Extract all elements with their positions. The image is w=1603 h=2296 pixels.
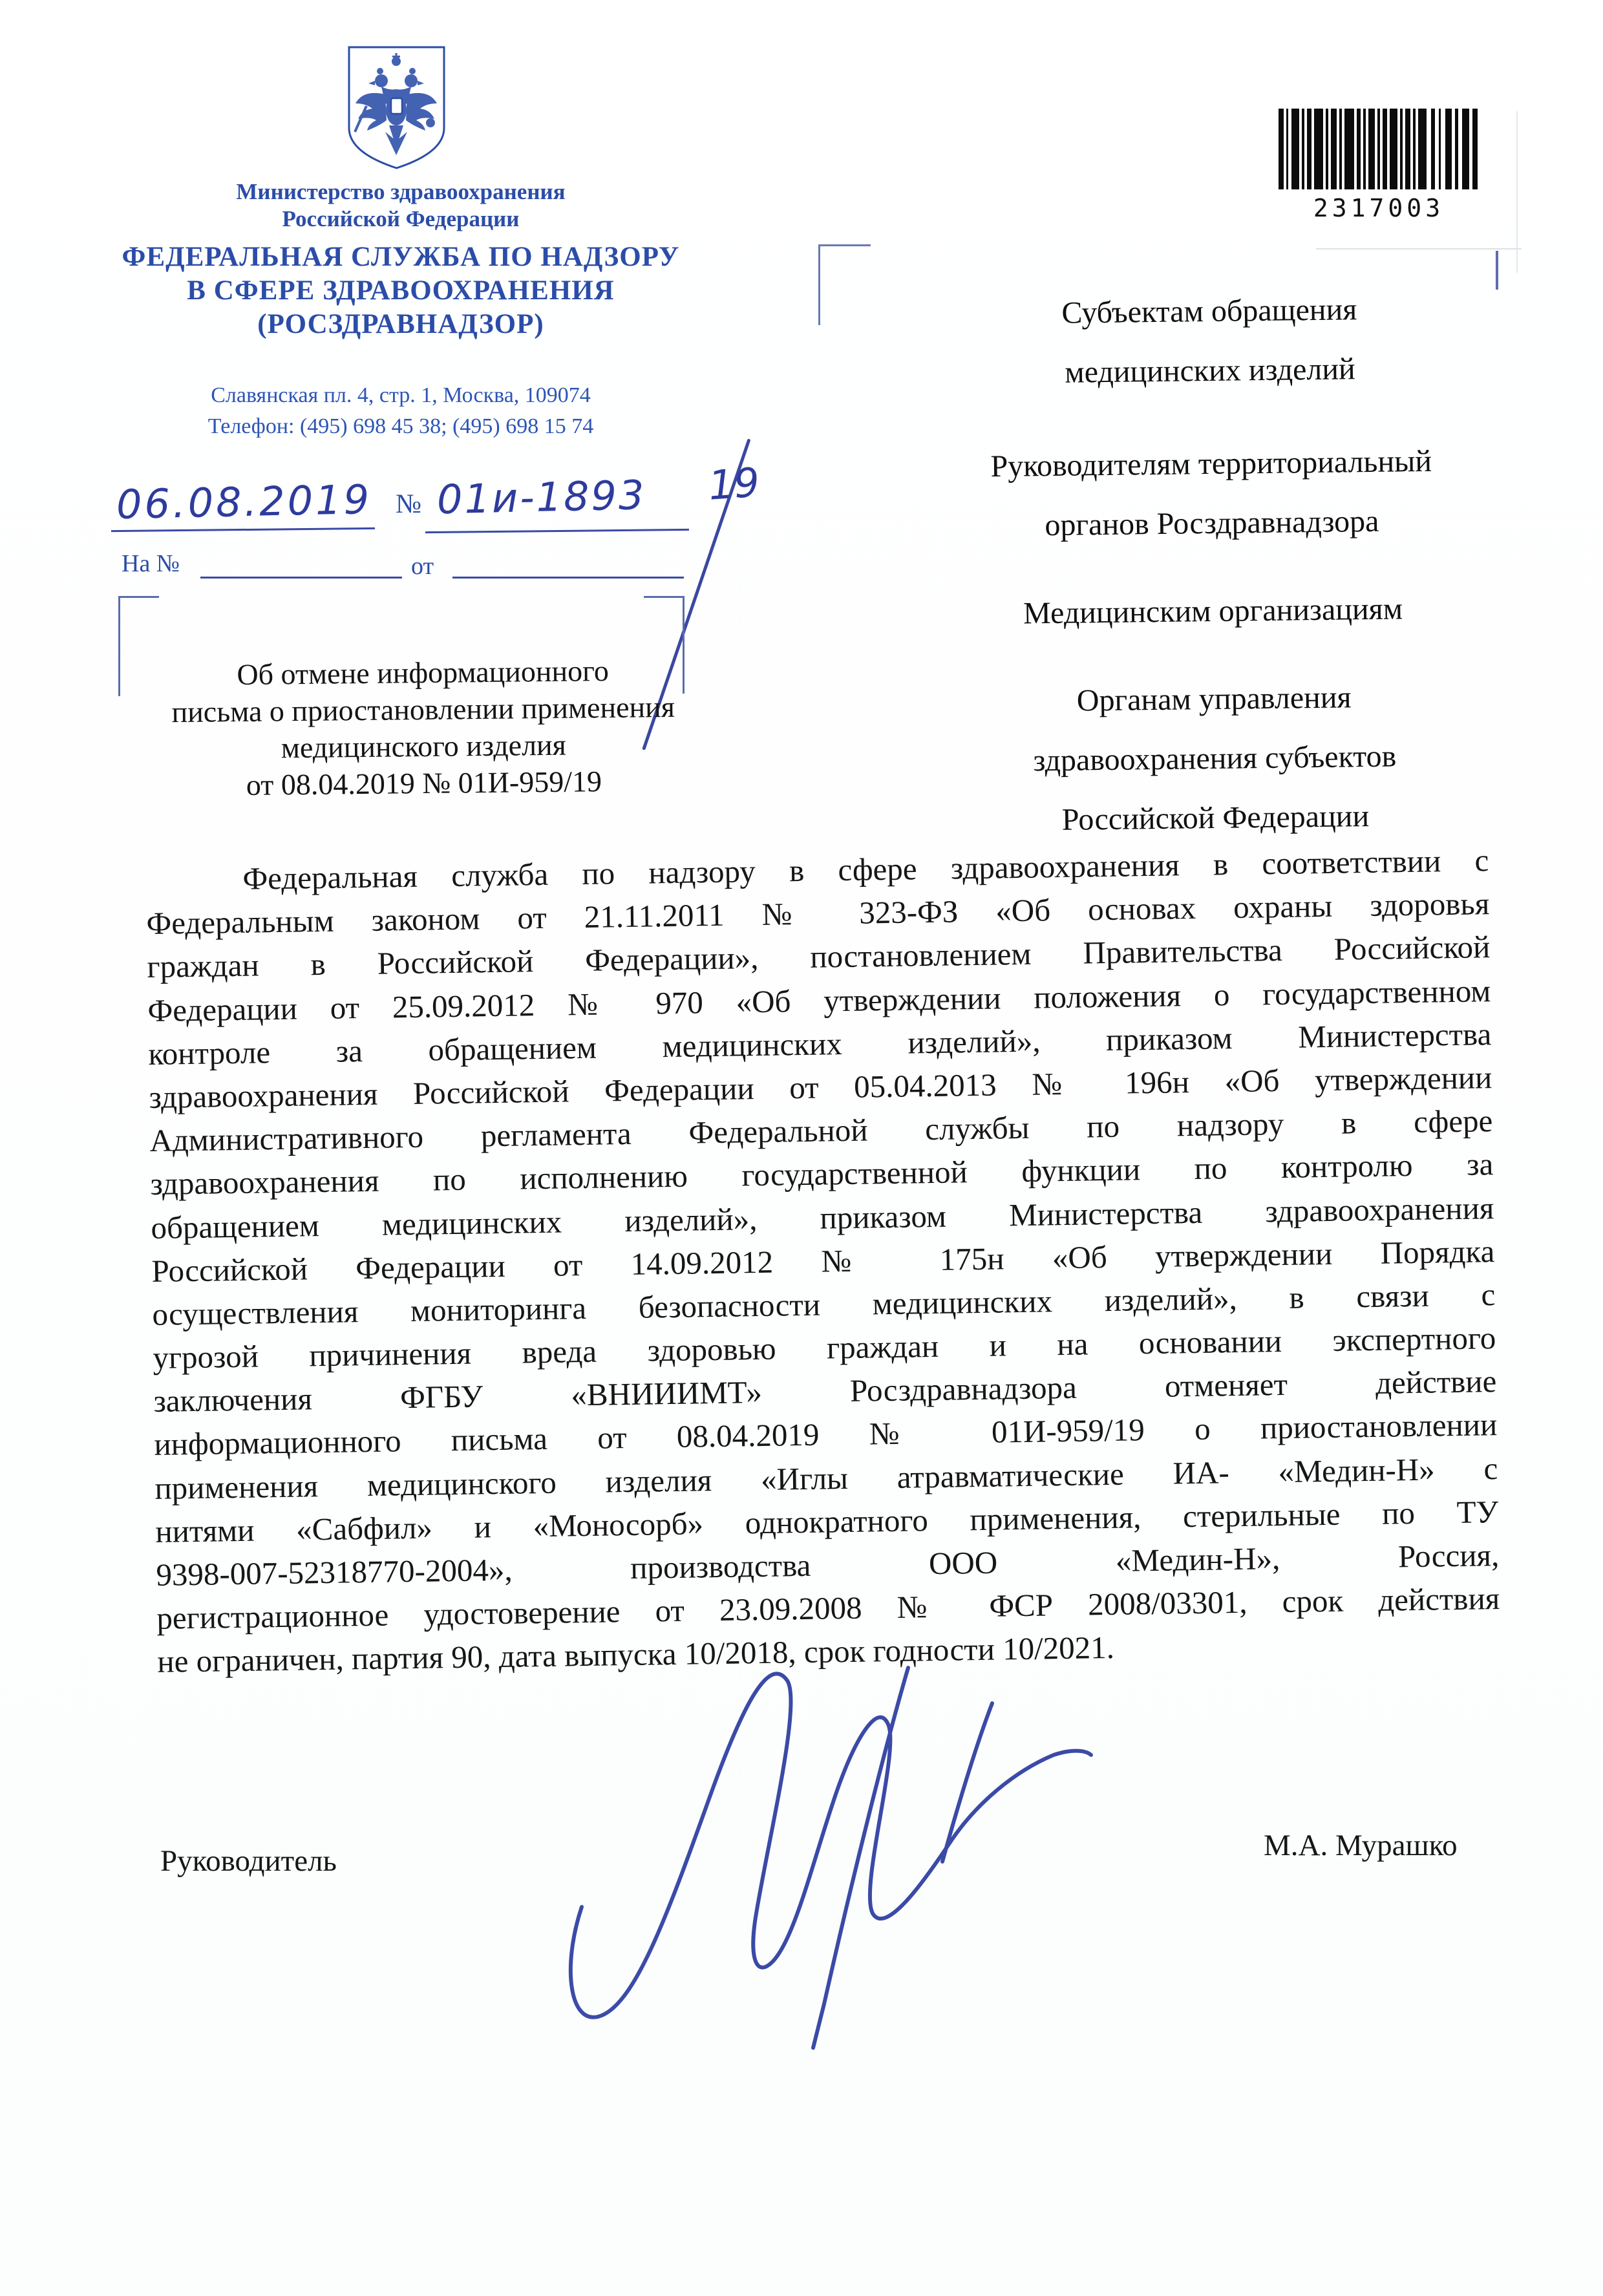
reply-from-label: от [411, 552, 434, 580]
addressee-column: Субъектам обращения медицинских изделий … [873, 0, 1538, 4]
addressee-line: Руководителям территориальный [878, 430, 1544, 498]
addressee-group: Медицинским организациям [880, 578, 1546, 646]
addressee-line: Органам управления [881, 666, 1547, 734]
contact-block: Славянская пл. 4, стр. 1, Москва, 109074… [123, 380, 679, 442]
service-line-3: (РОСЗДРАВНАДЗОР) [97, 308, 705, 341]
russia-coat-of-arms-icon [344, 44, 449, 172]
subject-line: медицинского изделия [133, 725, 715, 767]
number-underline [425, 529, 689, 533]
scanned-letter-page: Министерство здравоохранения Российской … [0, 0, 1603, 2296]
addressee-corner-bracket-left [818, 244, 871, 325]
signer-position-title: Руководитель [160, 1844, 337, 1878]
outgoing-number-handwritten: 01и-1893 [436, 471, 690, 524]
signer-name: М.А. Мурашко [1264, 1828, 1458, 1863]
registration-barcode: 2317003 [1279, 109, 1479, 222]
addressee-group: Субъектам обращения медицинских изделий [876, 278, 1543, 405]
barcode-bars [1279, 109, 1479, 189]
addressee-line: здравоохранения субъектов [882, 725, 1548, 793]
reply-number-blank-underline [200, 577, 402, 579]
handwritten-signature [536, 1642, 1105, 2056]
ministry-line-2: Российской Федерации [149, 206, 653, 233]
service-line-2: В СФЕРЕ ЗДРАВООХРАНЕНИЯ [97, 274, 705, 308]
phone-numbers: Телефон: (495) 698 45 38; (495) 698 15 7… [123, 411, 679, 442]
subject-line: письма о приостановлении применения [132, 688, 714, 730]
subject-line: Об отмене информационного [132, 651, 714, 694]
letter-subject: Об отмене информационного письма о приос… [132, 651, 715, 804]
ministry-line-1: Министерство здравоохранения [149, 178, 653, 206]
ministry-name: Министерство здравоохранения Российской … [149, 178, 653, 233]
addressee-group: Органам управления здравоохранения субъе… [881, 666, 1549, 853]
number-sign-label: № [396, 489, 421, 520]
addressee-line: медицинских изделий [876, 337, 1543, 405]
barcode-number: 2317003 [1279, 194, 1479, 222]
reply-to-number-label: На № [122, 549, 180, 578]
addressee-line: Субъектам обращения [876, 278, 1542, 346]
service-name: ФЕДЕРАЛЬНАЯ СЛУЖБА ПО НАДЗОРУ В СФЕРЕ ЗД… [97, 240, 705, 341]
sticker-edge-line-vertical [1516, 111, 1518, 273]
subject-line: от 08.04.2019 № 01И-959/19 [133, 761, 716, 804]
letter-body: Федеральная служба по надзору в сфере зд… [145, 838, 1501, 1683]
addressee-line: органов Росздравнадзора [878, 490, 1545, 558]
addressee-line: Медицинским организациям [880, 578, 1546, 646]
outgoing-date-handwritten: 06.08.2019 [116, 476, 375, 528]
postal-address: Славянская пл. 4, стр. 1, Москва, 109074 [123, 380, 679, 411]
sticker-edge-line [1316, 248, 1522, 250]
date-underline [111, 527, 375, 532]
service-line-1: ФЕДЕРАЛЬНАЯ СЛУЖБА ПО НАДЗОРУ [97, 240, 705, 274]
reply-date-blank-underline [452, 577, 684, 579]
addressee-group: Руководителям территориальный органов Ро… [878, 430, 1545, 558]
